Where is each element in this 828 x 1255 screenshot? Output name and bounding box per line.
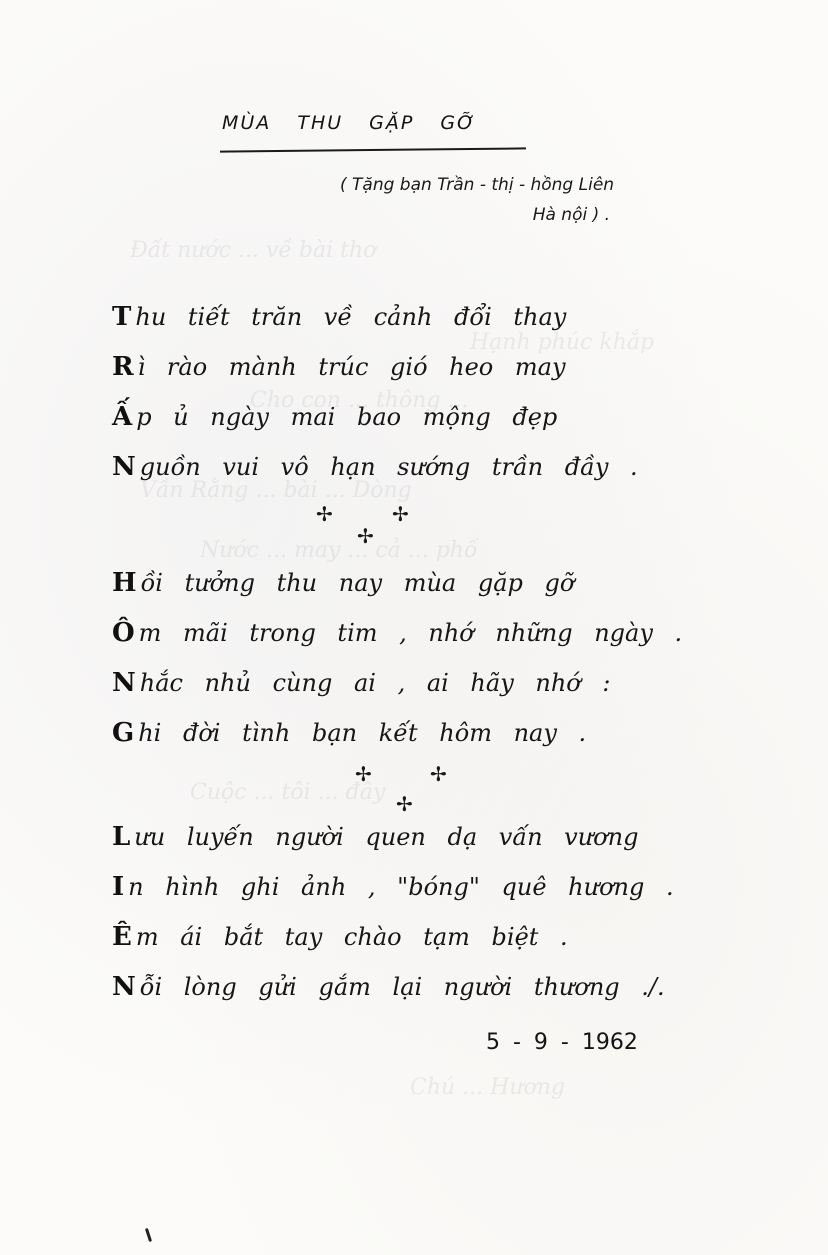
poem-line: Hồi tưởng thu nay mùa gặp gỡ <box>112 558 682 608</box>
line-text: guồn vui vô hạn sướng trần đầy . <box>140 453 638 481</box>
line-text: ỗi lòng gửi gắm lại người thương ./. <box>140 973 665 1001</box>
line-text: p ủ ngày mai bao mộng đẹp <box>136 403 557 431</box>
acrostic-initial: H <box>112 568 137 598</box>
line-text: n hình ghi ảnh , "bóng" quê hương . <box>128 873 673 901</box>
bleed-through-text: Chú ... Hương <box>410 1075 565 1100</box>
acrostic-initial: Ô <box>112 618 135 648</box>
poem-line: Ấp ủ ngày mai bao mộng đẹp <box>112 392 638 442</box>
line-text: hắc nhủ cùng ai , ai hãy nhớ : <box>140 669 611 697</box>
poem-line: Ôm mãi trong tim , nhớ những ngày . <box>112 608 682 658</box>
poem-line: Nhắc nhủ cùng ai , ai hãy nhớ : <box>112 658 682 708</box>
asterisk-icon: ✢ <box>392 502 409 526</box>
asterisk-icon: ✢ <box>355 762 372 786</box>
line-text: ì rào mành trúc gió heo may <box>138 353 566 381</box>
acrostic-initial: N <box>112 972 136 1002</box>
poem-date: 5 - 9 - 1962 <box>486 1030 638 1055</box>
acrostic-initial: R <box>112 352 134 382</box>
poem-line: Rì rào mành trúc gió heo may <box>112 342 638 392</box>
stanza-1: Thu tiết trăn về cảnh đổi thay Rì rào mà… <box>112 292 638 492</box>
acrostic-initial: G <box>112 718 134 748</box>
line-text: hi đời tình bạn kết hôm nay . <box>138 719 586 747</box>
dedication-line: Hà nội ) . <box>340 200 614 230</box>
asterisk-icon: ✢ <box>316 502 333 526</box>
line-text: m mãi trong tim , nhớ những ngày . <box>139 619 683 647</box>
stanza-2: Hồi tưởng thu nay mùa gặp gỡ Ôm mãi tron… <box>112 558 682 758</box>
line-text: m ái bắt tay chào tạm biệt . <box>136 923 568 951</box>
poem-line: Lưu luyến người quen dạ vấn vương <box>112 812 674 862</box>
poem-line: Nỗi lòng gửi gắm lại người thương ./. <box>112 962 674 1012</box>
acrostic-initial: N <box>112 668 136 698</box>
dedication: ( Tặng bạn Trần - thị - hồng Liên Hà nội… <box>340 170 614 230</box>
paper-page: Đất nước ... về bài thơ Hạnh phúc khắp C… <box>0 0 828 1255</box>
line-text: ưu luyến người quen dạ vấn vương <box>134 823 638 851</box>
acrostic-initial: N <box>112 452 136 482</box>
acrostic-initial: L <box>112 822 130 852</box>
dedication-line: ( Tặng bạn Trần - thị - hồng Liên <box>340 170 614 200</box>
poem-line: Ghi đời tình bạn kết hôm nay . <box>112 708 682 758</box>
stanza-3: Lưu luyến người quen dạ vấn vương In hìn… <box>112 812 674 1012</box>
title-underline <box>220 147 526 152</box>
acrostic-initial: Ê <box>112 922 132 952</box>
bleed-through-text: Đất nước ... về bài thơ <box>130 238 376 263</box>
poem-line: Nguồn vui vô hạn sướng trần đầy . <box>112 442 638 492</box>
poem-line: In hình ghi ảnh , "bóng" quê hương . <box>112 862 674 912</box>
asterisk-icon: ✢ <box>357 524 374 548</box>
acrostic-initial: T <box>112 302 131 332</box>
ink-mark <box>145 1228 152 1242</box>
line-text: ồi tưởng thu nay mùa gặp gỡ <box>141 569 575 597</box>
acrostic-initial: I <box>112 872 124 902</box>
poem-line: Êm ái bắt tay chào tạm biệt . <box>112 912 674 962</box>
asterisk-icon: ✢ <box>430 762 447 786</box>
poem-title: MÙA THU GẶP GỠ <box>222 112 476 134</box>
acrostic-initial: Ấ <box>112 402 132 432</box>
poem-line: Thu tiết trăn về cảnh đổi thay <box>112 292 638 342</box>
line-text: hu tiết trăn về cảnh đổi thay <box>135 303 566 331</box>
